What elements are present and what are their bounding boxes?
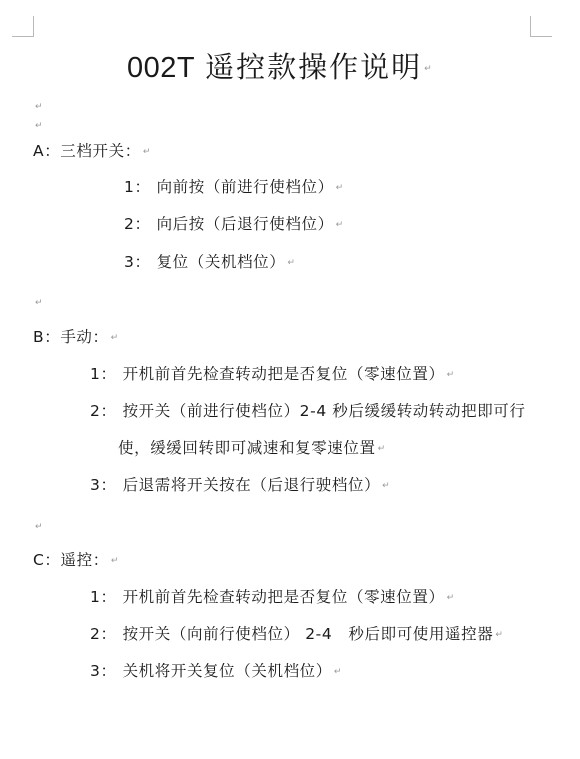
item-number: 3：: [90, 662, 117, 680]
item-text: 复位（关机档位）: [157, 253, 286, 271]
item-text: 按开关（向前行使档位） 2-4 秒后即可使用遥控器: [123, 625, 494, 643]
empty-paragraph: ↵: [33, 115, 43, 127]
item-text: 按开关（前进行使档位）2-4 秒后缓缓转动转动把即可行: [123, 402, 526, 420]
paragraph-mark-icon: ↵: [35, 102, 43, 112]
paragraph-mark-icon: ↵: [378, 444, 386, 454]
heading-text: B：手动：: [33, 328, 109, 346]
list-item: 3：关机将开关复位（关机档位）↵: [90, 660, 342, 683]
section-heading-a: A：三档开关：↵: [33, 140, 151, 163]
title-code: 002T: [127, 52, 195, 84]
section-heading-b: B：手动：↵: [33, 326, 119, 349]
paragraph-mark-icon: ↵: [495, 630, 503, 640]
paragraph-mark-icon: ↵: [336, 183, 344, 193]
item-text: 向后按（后退行使档位）: [157, 215, 334, 233]
item-number: 2：: [124, 215, 151, 233]
list-item-continuation: 使，缓缓回转即可减速和复零速位置↵: [118, 437, 386, 460]
heading-text: A：三档开关：: [33, 142, 141, 160]
item-number: 1：: [124, 178, 151, 196]
section-heading-c: C：遥控：↵: [33, 549, 119, 572]
heading-text: C：遥控：: [33, 551, 109, 569]
paragraph-mark-icon: ↵: [447, 593, 455, 603]
paragraph-mark-icon: ↵: [111, 556, 119, 566]
item-text: 使，缓缓回转即可减速和复零速位置: [118, 439, 376, 457]
item-text: 开机前首先检查转动把是否复位（零速位置）: [123, 365, 445, 383]
item-number: 2：: [90, 402, 117, 420]
empty-paragraph: ↵: [33, 292, 43, 304]
list-item: 1：开机前首先检查转动把是否复位（零速位置）↵: [90, 363, 455, 386]
document-title: 002T遥控款操作说明↵: [127, 47, 432, 89]
crop-mark-top-right: [530, 16, 552, 37]
item-text: 关机将开关复位（关机档位）: [123, 662, 332, 680]
crop-mark-top-left: [12, 16, 34, 37]
paragraph-mark-icon: ↵: [287, 258, 295, 268]
paragraph-mark-icon: ↵: [35, 298, 43, 308]
paragraph-mark-icon: ↵: [111, 333, 119, 343]
empty-paragraph: ↵: [33, 516, 43, 528]
list-item: 2：向后按（后退行使档位）↵: [124, 213, 344, 236]
paragraph-mark-icon: ↵: [334, 667, 342, 677]
item-number: 3：: [90, 476, 117, 494]
paragraph-mark-icon: ↵: [35, 121, 43, 131]
item-text: 后退需将开关按在（后退行驶档位）: [123, 476, 381, 494]
item-text: 向前按（前进行使档位）: [157, 178, 334, 196]
paragraph-mark-icon: ↵: [424, 64, 432, 74]
item-number: 1：: [90, 365, 117, 383]
paragraph-mark-icon: ↵: [143, 147, 151, 157]
list-item: 3：复位（关机档位）↵: [124, 251, 296, 274]
item-number: 2：: [90, 625, 117, 643]
paragraph-mark-icon: ↵: [35, 522, 43, 532]
item-number: 1：: [90, 588, 117, 606]
list-item: 2：按开关（向前行使档位） 2-4 秒后即可使用遥控器↵: [90, 623, 503, 646]
paragraph-mark-icon: ↵: [447, 370, 455, 380]
list-item: 2：按开关（前进行使档位）2-4 秒后缓缓转动转动把即可行: [90, 400, 526, 422]
paragraph-mark-icon: ↵: [336, 220, 344, 230]
paragraph-mark-icon: ↵: [382, 481, 390, 491]
list-item: 1：向前按（前进行使档位）↵: [124, 176, 344, 199]
empty-paragraph: ↵: [33, 96, 43, 108]
item-number: 3：: [124, 253, 151, 271]
item-text: 开机前首先检查转动把是否复位（零速位置）: [123, 588, 445, 606]
list-item: 1：开机前首先检查转动把是否复位（零速位置）↵: [90, 586, 455, 609]
list-item: 3：后退需将开关按在（后退行驶档位）↵: [90, 474, 390, 497]
title-text: 遥控款操作说明: [205, 50, 422, 84]
